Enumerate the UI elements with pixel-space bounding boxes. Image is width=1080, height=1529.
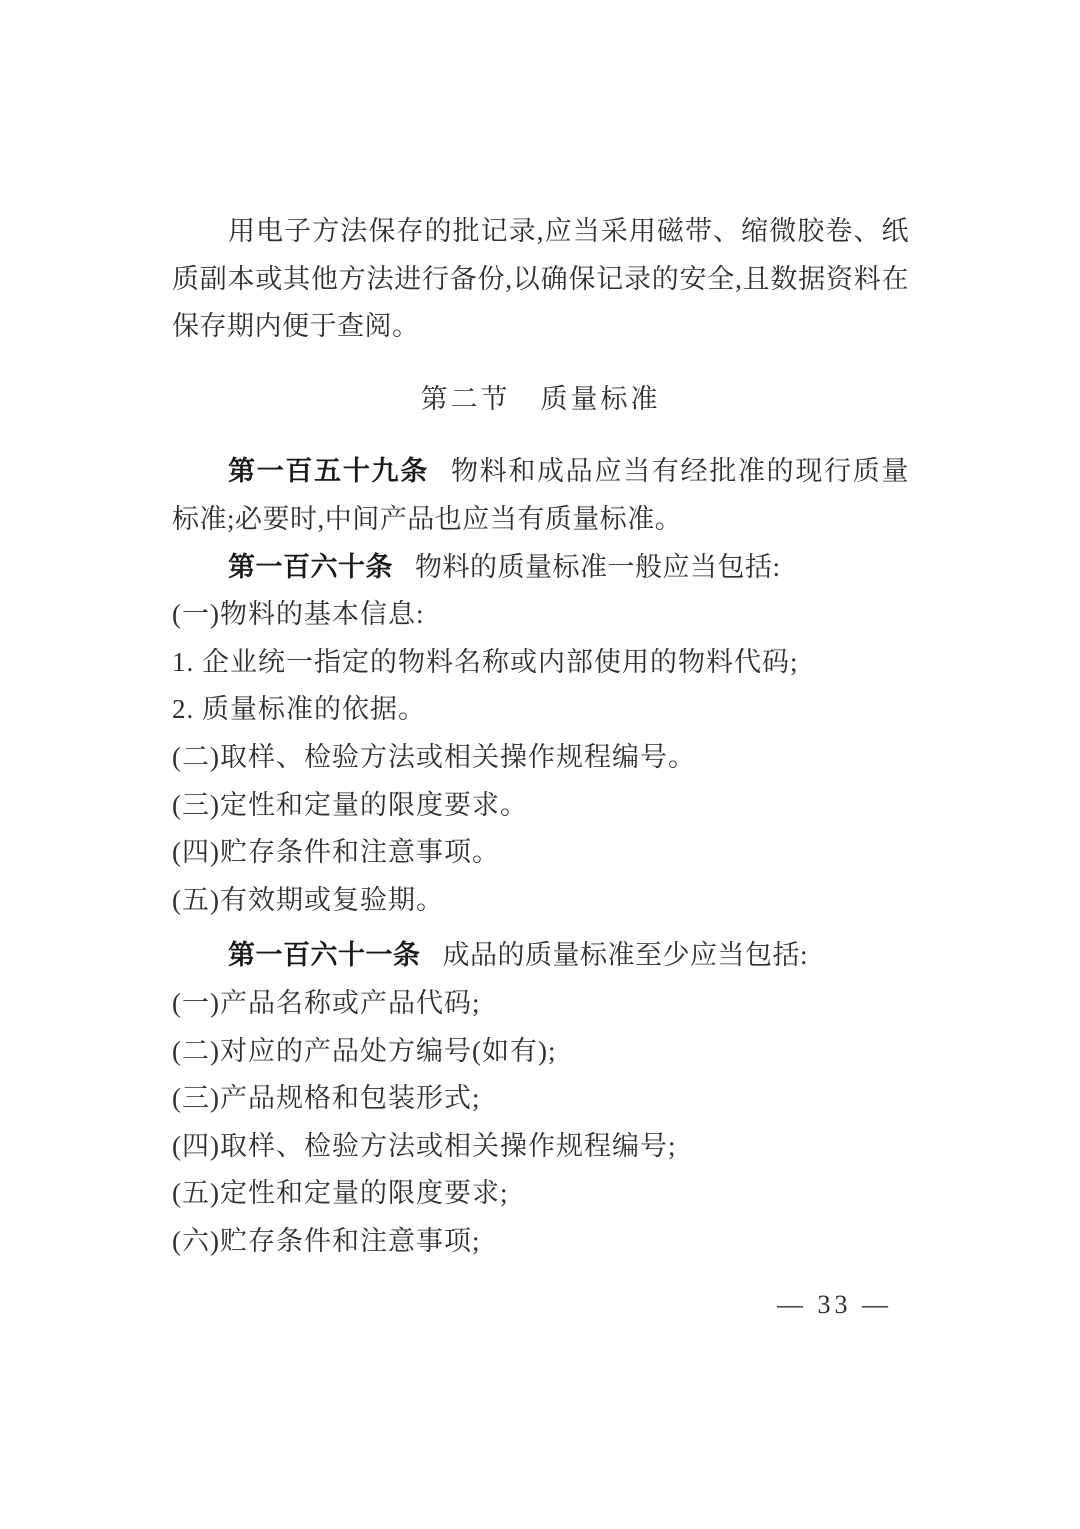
article-161-text: 成品的质量标准至少应当包括: [443, 940, 809, 970]
article-160-item-2: 1. 企业统一指定的物料名称或内部使用的物料代码; [172, 639, 909, 687]
article-161-item-6: (六)贮存条件和注意事项; [172, 1218, 909, 1266]
article-159-number: 第一百五十九条 [228, 456, 429, 486]
document-content: 用电子方法保存的批记录,应当采用磁带、缩微胶卷、纸质副本或其他方法进行备份,以确… [172, 208, 909, 1265]
section-heading: 第二节 质量标准 [172, 376, 909, 424]
article-160-item-1: (一)物料的基本信息: [172, 591, 909, 639]
article-160-text: 物料的质量标准一般应当包括: [415, 552, 781, 582]
article-160-item-4: (二)取样、检验方法或相关操作规程编号。 [172, 734, 909, 782]
article-160: 第一百六十条物料的质量标准一般应当包括: [172, 544, 909, 592]
article-159: 第一百五十九条物料和成品应当有经批准的现行质量标准;必要时,中间产品也应当有质量… [172, 448, 909, 543]
article-160-item-6: (四)贮存条件和注意事项。 [172, 829, 909, 877]
article-161-item-3: (三)产品规格和包装形式; [172, 1075, 909, 1123]
article-161-item-4: (四)取样、检验方法或相关操作规程编号; [172, 1123, 909, 1171]
article-160-item-3: 2. 质量标准的依据。 [172, 686, 909, 734]
article-161-item-5: (五)定性和定量的限度要求; [172, 1170, 909, 1218]
article-160-item-7: (五)有效期或复验期。 [172, 877, 909, 925]
article-161-number: 第一百六十一条 [228, 940, 421, 970]
article-161-item-2: (二)对应的产品处方编号(如有); [172, 1028, 909, 1076]
article-161: 第一百六十一条成品的质量标准至少应当包括: [172, 932, 909, 980]
article-160-number: 第一百六十条 [228, 552, 393, 582]
article-160-item-5: (三)定性和定量的限度要求。 [172, 782, 909, 830]
page-number: — 33 — [777, 1283, 892, 1327]
intro-paragraph: 用电子方法保存的批记录,应当采用磁带、缩微胶卷、纸质副本或其他方法进行备份,以确… [172, 208, 909, 351]
document-page: 用电子方法保存的批记录,应当采用磁带、缩微胶卷、纸质副本或其他方法进行备份,以确… [0, 0, 1080, 1529]
article-161-item-1: (一)产品名称或产品代码; [172, 980, 909, 1028]
